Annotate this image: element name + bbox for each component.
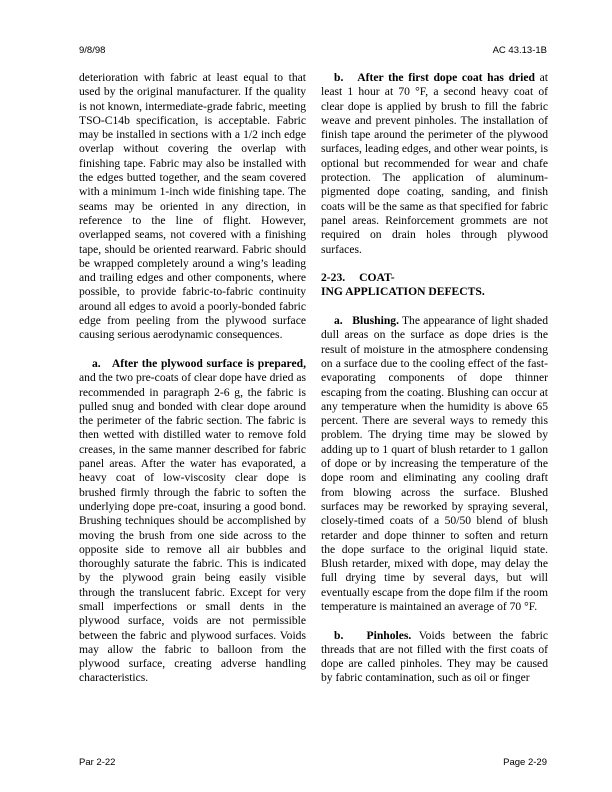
para-label: a. bbox=[92, 357, 101, 370]
para-lead: Blushing. bbox=[352, 314, 399, 327]
paragraph-continuation: deterioration with fabric at least equal… bbox=[79, 71, 306, 343]
para-lead: After the first dope coat has dried bbox=[357, 71, 535, 84]
para-text: The appearance of light shaded dull area… bbox=[321, 314, 548, 613]
para-text: and the two pre-coats of clear dope have… bbox=[79, 371, 306, 684]
para-label: b. bbox=[334, 71, 343, 84]
header-doc-id: AC 43.13-1B bbox=[493, 45, 547, 56]
para-text: at least 1 hour at 70 °F, a second heavy… bbox=[321, 71, 548, 256]
right-column: b. After the first dope coat has dried a… bbox=[321, 71, 548, 700]
para-label: b. bbox=[334, 629, 343, 642]
paragraph-a-plywood: a. After the plywood surface is prepared… bbox=[79, 357, 306, 686]
section-title-line1: COAT- bbox=[359, 271, 394, 284]
footer-page-number: Page 2-29 bbox=[503, 757, 547, 768]
para-text: Voids between the fabric threads that ar… bbox=[321, 629, 548, 685]
section-number: 2-23. bbox=[321, 271, 345, 284]
paragraph-a-blushing: a. Blushing. The appearance of light sha… bbox=[321, 314, 548, 614]
para-label: a. bbox=[334, 314, 343, 327]
paragraph-b-pinholes: b. Pinholes. Voids between the fabric th… bbox=[321, 629, 548, 686]
header-date: 9/8/98 bbox=[79, 45, 105, 56]
footer-paragraph-ref: Par 2-22 bbox=[79, 757, 115, 768]
left-column: deterioration with fabric at least equal… bbox=[79, 71, 306, 700]
section-heading: 2-23.COAT- ING APPLICATION DEFECTS. bbox=[321, 271, 548, 300]
paragraph-b-first-dope: b. After the first dope coat has dried a… bbox=[321, 71, 548, 257]
para-lead: After the plywood surface is prepared, bbox=[112, 357, 306, 370]
section-title-line2: ING APPLICATION DEFECTS. bbox=[321, 285, 548, 299]
para-lead: Pinholes. bbox=[367, 629, 412, 642]
